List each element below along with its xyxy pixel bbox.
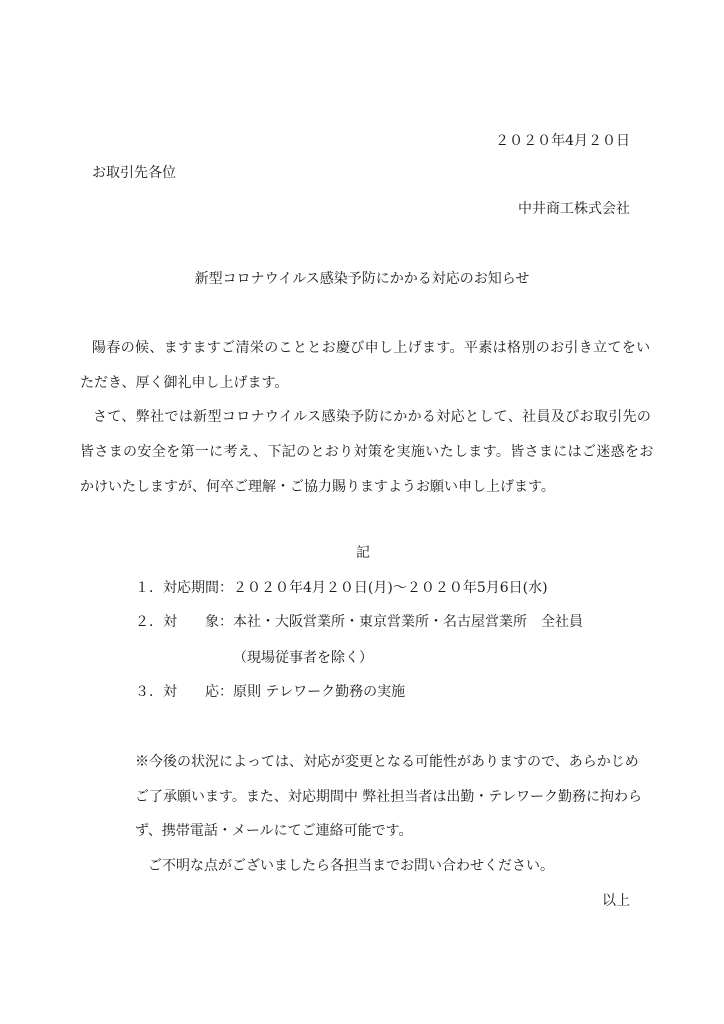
notice-item-period: １．対応期間：２０２０年4月２０日(月)～２０２０年5月6日(水) (135, 580, 548, 596)
closing-mark: 以上 (602, 893, 630, 909)
body-line: さて、弊社では新型コロナウイルス感染予防にかかる対応として、社員及びお取引先の (93, 409, 651, 425)
notice-heading: 記 (356, 545, 370, 561)
body-line: 皆さまの安全を第一に考え、下記のとおり対策を実施いたします。皆さまにはご迷惑をお (80, 444, 654, 460)
sender-company: 中井商工株式会社 (518, 201, 630, 217)
notice-item-target-exception: （現場従事者を除く） (233, 650, 373, 666)
recipient-line: お取引先各位 (92, 165, 176, 181)
document-date: ２０２０年4月２０日 (495, 133, 630, 149)
notice-item-target: ２．対 象：本社・大阪営業所・東京営業所・名古屋営業所 全社員 (135, 614, 583, 630)
document-title: 新型コロナウイルス感染予防にかかる対応のお知らせ (0, 271, 724, 287)
footer-line: ご不明な点がございましたら各担当までお問い合わせください。 (148, 858, 554, 874)
body-line: ただき、厚く御礼申し上げます。 (80, 375, 288, 391)
body-line: 陽春の候、ますますご清栄のこととお慶び申し上げます。平素は格別のお引き立てをい (92, 340, 651, 356)
footer-line: ※今後の状況によっては、対応が変更となる可能性がありますので、あらかじめ (135, 754, 639, 770)
footer-line: ご了承願います。また、対応期間中 弊社担当者は出勤・テレワーク勤務に拘わら (135, 789, 642, 805)
body-line: かけいたしますが、何卒ご理解・ご協力賜りますようお願い申し上げます。 (80, 479, 555, 495)
footer-line: ず、携帯電話・メールにてご連絡可能です。 (135, 823, 412, 839)
notice-item-response: ３．対 応：原則 テレワーク勤務の実施 (135, 684, 405, 700)
